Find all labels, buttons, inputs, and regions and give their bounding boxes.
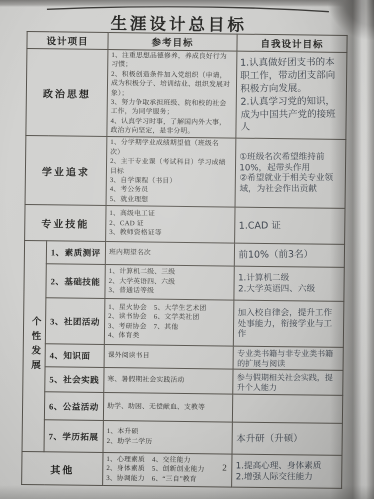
row-skills: 专业技能 1、高级电工证 2、CAD 证 3、教师资格证等 1.CAD 证 [25, 205, 345, 245]
career-goal-table: 设计项目 参考目标 自我设计目标 政治思想 1、注重思想品德修养，养成良好行为习… [21, 31, 348, 489]
row-club-activities: 3、社团活动 1、星火协会 5、大学生艺术团 2、读书协会 6、文学类社团 3、… [23, 298, 344, 348]
basic-skills-title: 2、基础技能 [46, 264, 105, 299]
academic-reference-text: 1、分学期学业成绩期望值（班级名次） 2、主干专业课（考试科目）学习成绩目标 3… [106, 137, 236, 207]
row-basic-skills: 2、基础技能 1、计算机二级、三级 2、大学英语四、六级 3、普通话等级 1.计… [24, 264, 344, 302]
practice-title: 5、社会实践 [45, 367, 104, 393]
skills-reference-text: 1、高级电工证 2、CAD 证 3、教师资格证等 [106, 206, 235, 244]
politics-label: 政治思想 [26, 49, 108, 137]
club-title: 3、社团活动 [45, 298, 105, 345]
photo-bottom-shadow [0, 485, 374, 499]
knowledge-title: 4、知识面 [45, 344, 104, 368]
basic-skills-handwritten-goal: 1.计算机二级 2.大学英语四、六级 [234, 267, 344, 301]
personality-vertical-text: 个性发展 [27, 316, 42, 374]
paper-sheet: 生涯设计总目标 设计项目 参考目标 自我设计目标 政治思想 1、注重思想品德修养… [0, 0, 374, 499]
photographed-document-page: 生涯设计总目标 设计项目 参考目标 自我设计目标 政治思想 1、注重思想品德修养… [0, 0, 374, 499]
degree-handwritten-goal: 本升研（升硕） [232, 422, 342, 455]
row-degree-expansion: 7、学历拓展 1、本升硕 2、助学二学历 本升研（升硕） [22, 420, 342, 456]
quality-reference-text: 班内期望名次 [105, 242, 234, 267]
academic-label: 学业追求 [25, 136, 107, 206]
quality-handwritten-goal: 前10%（前3名） [234, 243, 344, 267]
degree-title: 7、学历拓展 [44, 420, 103, 453]
header-reference-goal: 参考目标 [108, 33, 237, 52]
basic-skills-reference-text: 1、计算机二级、三级 2、大学英语四、六级 3、普通话等级 [105, 265, 234, 301]
practice-reference-text: 寒、暑假期社会实践活动 [104, 367, 233, 394]
degree-reference-text: 1、本升硕 2、助学二学历 [103, 420, 232, 454]
club-reference-text: 1、星火协会 5、大学生艺术团 2、读书协会 6、文学类社团 3、考研协会 7、… [104, 299, 234, 347]
photo-top-edge-shadow [0, 0, 374, 7]
skills-label: 专业技能 [25, 205, 106, 242]
skills-handwritten-goal: 1.CAD 证 [235, 207, 345, 244]
practice-handwritten-goal: 参与假期相关社会实践，提升个人能力 [233, 370, 343, 395]
quality-title: 1、素质测评 [46, 241, 105, 265]
row-politics: 政治思想 1、注重思想品德修养，养成良好行为习惯； 2、积极创造条件加入党组织（… [26, 49, 347, 140]
other-reference-text: 1、心理素质 4、交往能力 2、身体素质 5、创新创业能力 3、协调能力 6、“… [103, 452, 232, 487]
knowledge-handwritten-goal: 专业类书籍与非专业类书籍的扩展与阅读 [233, 347, 343, 370]
page-curl-shadow [330, 0, 374, 499]
personality-group-label: 个性发展 [22, 241, 47, 452]
row-other: 其他 1、心理素质 4、交往能力 2、身体素质 5、创新创业能力 3、协调能力 … [22, 451, 342, 488]
welfare-handwritten-goal [233, 395, 343, 423]
other-handwritten-goal: 1.提高心理、身体素质 2.增强人际交往能力 [232, 455, 342, 488]
academic-handwritten-goal: ①班级名次希望维持前10%，起带头作用 ②希望就业于相关专业领域，为社会作出贡献 [235, 139, 345, 208]
header-design-item: 设计项目 [27, 32, 108, 50]
row-public-welfare: 6、公益活动 助学、助困、无偿献血、支教等 [22, 392, 342, 424]
politics-reference-text: 1、注重思想品德修养，养成良好行为习惯； 2、积极创造条件加入党组织（申请，成为… [107, 50, 237, 139]
knowledge-reference-text: 课外阅读书目 [104, 344, 233, 369]
welfare-reference-text: 助学、助困、无偿献血、支教等 [103, 392, 232, 422]
welfare-title: 6、公益活动 [44, 392, 103, 421]
other-label: 其他 [22, 451, 103, 485]
row-academic: 学业追求 1、分学期学业成绩期望值（班级名次） 2、主干专业课（考试科目）学习成… [25, 136, 346, 209]
page-number: 2 [222, 462, 227, 472]
row-social-practice: 5、社会实践 寒、暑假期社会实践活动 参与假期相关社会实践，提升个人能力 [23, 367, 343, 396]
club-handwritten-goal: 加入校自律会，提升工作处事能力，衔接学业与工作 [234, 301, 344, 347]
